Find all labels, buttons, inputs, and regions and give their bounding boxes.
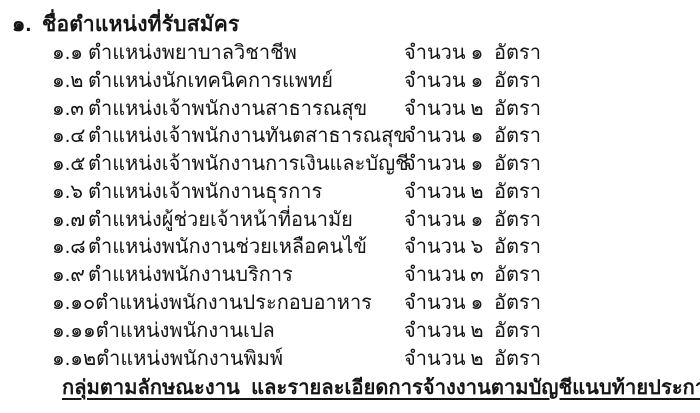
position-list: ๑.๑ ตำแหน่งพยาบาลวิชาชีพ จำนวน ๑ อัตรา ๑… [0,38,700,372]
quantity-value: ๒ [460,342,494,374]
position-row: ๑.๑๒ ตำแหน่งพนักงานพิมพ์ จำนวน ๒ อัตรา [0,344,700,372]
item-quantity: จำนวน ๑ อัตรา [404,205,541,233]
position-row: ๑.๙ ตำแหน่งพนักงานบริการ จำนวน ๓ อัตรา [0,260,700,288]
position-row: ๑.๑๐ ตำแหน่งพนักงานประกอบอาหาร จำนวน ๑ อ… [0,288,700,316]
item-quantity: จำนวน ๑ อัตรา [404,149,541,177]
quantity-label: จำนวน [404,342,460,374]
item-quantity: จำนวน ๑ อัตรา [404,66,541,94]
item-quantity: จำนวน ๑ อัตรา [404,121,541,149]
item-quantity: จำนวน ๒ อัตรา [404,316,541,344]
position-row: ๑.๓ ตำแหน่งเจ้าพนักงานสาธารณสุข จำนวน ๒ … [0,94,700,122]
position-row: ๑.๘ ตำแหน่งพนักงานช่วยเหลือคนไข้ จำนวน ๖… [0,233,700,261]
item-quantity: จำนวน ๒ อัตรา [404,344,541,372]
quantity-unit: อัตรา [494,342,541,374]
footer-note: กลุ่มตามลักษณะงาน และรายละเอียดการจ้างงา… [62,371,700,403]
position-row: ๑.๖ ตำแหน่งเจ้าพนักงานธุรการ จำนวน ๒ อัต… [0,177,700,205]
position-row: ๑.๑๑ ตำแหน่งพนักงานเปล จำนวน ๒ อัตรา [0,316,700,344]
item-quantity: จำนวน ๑ อัตรา [404,288,541,316]
position-row: ๑.๒ ตำแหน่งนักเทคนิคการแพทย์ จำนวน ๑ อัต… [0,66,700,94]
position-row: ๑.๕ ตำแหน่งเจ้าพนักงานการเงินและบัญชี จำ… [0,149,700,177]
position-row: ๑.๔ ตำแหน่งเจ้าพนักงานทันตสาธารณสุข จำนว… [0,121,700,149]
item-quantity: จำนวน ๖ อัตรา [404,233,541,261]
item-quantity: จำนวน ๒ อัตรา [404,94,541,122]
item-quantity: จำนวน ๓ อัตรา [404,260,541,288]
document-page: ๑. ชื่อตำแหน่งที่รับสมัคร ๑.๑ ตำแหน่งพยา… [0,0,700,413]
position-row: ๑.๑ ตำแหน่งพยาบาลวิชาชีพ จำนวน ๑ อัตรา [0,38,700,66]
item-number: ๑.๑๒ [52,342,96,374]
position-row: ๑.๗ ตำแหน่งผู้ช่วยเจ้าหน้าที่อนามัย จำนว… [0,205,700,233]
section-number: ๑. [12,8,42,41]
item-quantity: จำนวน ๑ อัตรา [404,38,541,66]
item-title: ตำแหน่งพนักงานพิมพ์ [96,342,283,374]
item-quantity: จำนวน ๒ อัตรา [404,177,541,205]
